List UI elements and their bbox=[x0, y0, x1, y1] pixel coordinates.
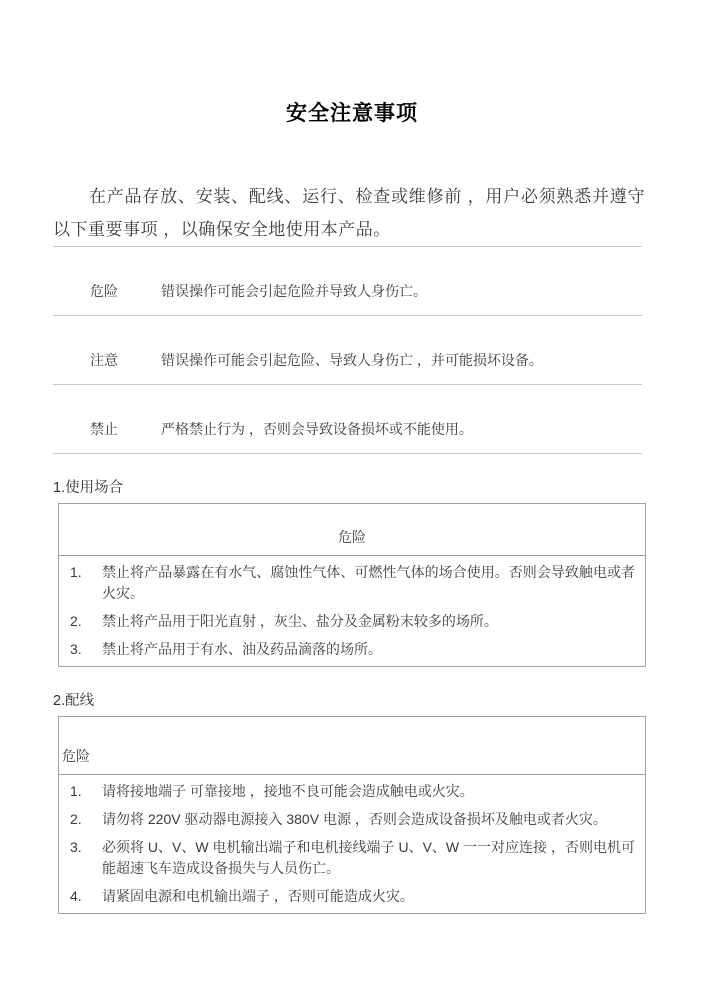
list-item: 3. 禁止将产品用于有水、油及药品滴落的场所。 bbox=[70, 639, 635, 660]
list-item: 2. 请勿将 220V 驱动器电源接入 380V 电源 ，否则会造成设备损坏及触… bbox=[70, 809, 635, 830]
table-body: 1. 请将接地端子 可靠接地 ，接地不良可能会造成触电或火灾。 2. 请勿将 2… bbox=[59, 775, 645, 913]
section-heading: 2.配线 bbox=[53, 692, 651, 711]
warning-description: 错误操作可能会引起危险、导致人身伤亡 ，并可能损坏设备。 bbox=[161, 351, 642, 370]
item-text: 请勿将 220V 驱动器电源接入 380V 电源 ，否则会造成设备损坏及触电或者… bbox=[102, 809, 635, 830]
item-text: 禁止将产品用于阳光直射 ，灰尘、盐分及金属粉末较多的场所。 bbox=[102, 611, 635, 632]
item-number: 3. bbox=[70, 639, 102, 660]
table-header-danger: 危险 bbox=[59, 504, 645, 556]
item-text: 禁止将产品用于有水、油及药品滴落的场所。 bbox=[102, 639, 635, 660]
warning-description: 错误操作可能会引起危险并导致人身伤亡。 bbox=[161, 282, 642, 301]
warning-definitions: 危险 错误操作可能会引起危险并导致人身伤亡。 注意 错误操作可能会引起危险、导致… bbox=[53, 246, 642, 454]
section-wiring: 2.配线 危险 1. 请将接地端子 可靠接地 ，接地不良可能会造成触电或火灾。 … bbox=[0, 692, 704, 914]
warning-row-danger: 危险 错误操作可能会引起危险并导致人身伤亡。 bbox=[53, 247, 642, 316]
section-heading: 1.使用场合 bbox=[53, 479, 651, 498]
warning-label: 禁止 bbox=[90, 420, 161, 439]
page-title: 安全注意事项 bbox=[0, 0, 704, 128]
item-number: 1. bbox=[70, 781, 102, 802]
item-text: 请紧固电源和电机输出端子 ，否则可能造成火灾。 bbox=[102, 886, 635, 907]
document-page: 安全注意事项 在产品存放、安装、配线、运行、检查或维修前 ，用户必须熟悉并遵守以… bbox=[0, 0, 704, 999]
item-number: 1. bbox=[70, 562, 102, 583]
warning-label: 注意 bbox=[90, 351, 161, 370]
list-item: 4. 请紧固电源和电机输出端子 ，否则可能造成火灾。 bbox=[70, 886, 635, 907]
item-number: 2. bbox=[70, 809, 102, 830]
intro-paragraph: 在产品存放、安装、配线、运行、检查或维修前 ，用户必须熟悉并遵守以下重要事项 ，… bbox=[53, 180, 645, 246]
wiring-danger-table: 危险 1. 请将接地端子 可靠接地 ，接地不良可能会造成触电或火灾。 2. 请勿… bbox=[58, 716, 646, 914]
list-item: 1. 禁止将产品暴露在有水气、腐蚀性气体、可燃性气体的场合使用。否则会导致触电或… bbox=[70, 562, 635, 604]
warning-row-caution: 注意 错误操作可能会引起危险、导致人身伤亡 ，并可能损坏设备。 bbox=[53, 316, 642, 385]
list-item: 3. 必须将 U、V、W 电机输出端子和电机接线端子 U、V、W 一一对应连接 … bbox=[70, 837, 635, 879]
item-text: 请将接地端子 可靠接地 ，接地不良可能会造成触电或火灾。 bbox=[102, 781, 635, 802]
item-number: 4. bbox=[70, 886, 102, 907]
item-text: 必须将 U、V、W 电机输出端子和电机接线端子 U、V、W 一一对应连接 ，否则… bbox=[102, 837, 635, 879]
warning-description: 严格禁止行为 ，否则会导致设备损坏或不能使用。 bbox=[161, 420, 642, 439]
list-item: 1. 请将接地端子 可靠接地 ，接地不良可能会造成触电或火灾。 bbox=[70, 781, 635, 802]
item-text: 禁止将产品暴露在有水气、腐蚀性气体、可燃性气体的场合使用。否则会导致触电或者火灾… bbox=[102, 562, 635, 604]
table-body: 1. 禁止将产品暴露在有水气、腐蚀性气体、可燃性气体的场合使用。否则会导致触电或… bbox=[59, 556, 645, 666]
section-usage: 1.使用场合 危险 1. 禁止将产品暴露在有水气、腐蚀性气体、可燃性气体的场合使… bbox=[0, 479, 704, 667]
list-item: 2. 禁止将产品用于阳光直射 ，灰尘、盐分及金属粉末较多的场所。 bbox=[70, 611, 635, 632]
warning-row-prohibited: 禁止 严格禁止行为 ，否则会导致设备损坏或不能使用。 bbox=[53, 385, 642, 454]
table-header-danger: 危险 bbox=[59, 717, 645, 775]
usage-danger-table: 危险 1. 禁止将产品暴露在有水气、腐蚀性气体、可燃性气体的场合使用。否则会导致… bbox=[58, 503, 646, 667]
item-number: 3. bbox=[70, 837, 102, 858]
warning-label: 危险 bbox=[90, 282, 161, 301]
item-number: 2. bbox=[70, 611, 102, 632]
